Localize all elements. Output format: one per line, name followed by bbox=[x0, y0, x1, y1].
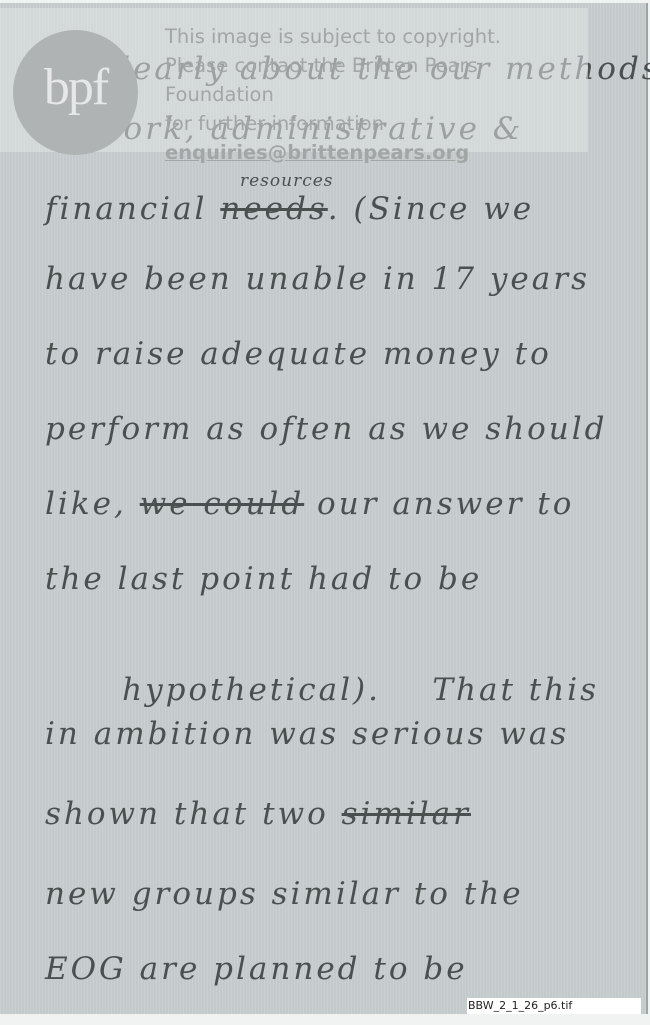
letter-paper: us clearly about the our methods of work… bbox=[0, 3, 648, 1014]
interlinear-insertion: resources bbox=[240, 171, 334, 191]
line-text: the last point had to be bbox=[45, 561, 482, 597]
struck-word: needs bbox=[220, 191, 327, 227]
watermark-email-link[interactable]: enquiries@brittenpears.org bbox=[165, 138, 588, 167]
manuscript-line-12: new groups similar to the bbox=[45, 876, 524, 912]
manuscript-line-11: shown that two similar bbox=[45, 796, 471, 832]
watermark-line-1: This image is subject to copyright. bbox=[165, 22, 588, 51]
manuscript-line-7: like, we could our answer to bbox=[45, 486, 574, 522]
line-text: in ambition was serious was bbox=[45, 716, 569, 752]
line-text-after: . (Since we bbox=[328, 191, 534, 227]
struck-word: similar bbox=[342, 796, 471, 832]
scanned-page: us clearly about the our methods of work… bbox=[0, 0, 650, 1025]
line-text: have been unable in 17 years bbox=[45, 261, 590, 297]
bpf-logo: bpf bbox=[13, 30, 138, 155]
manuscript-line-13: EOG are planned to be bbox=[45, 951, 468, 987]
line-text: like, bbox=[45, 486, 127, 522]
line-text: financial bbox=[45, 191, 207, 227]
line-text-after: our answer to bbox=[304, 486, 574, 522]
struck-word: we could bbox=[140, 486, 304, 522]
watermark-line-2: Please contact the Britten Pears Foundat… bbox=[165, 51, 588, 109]
line-text: hypothetical). That this bbox=[122, 672, 599, 708]
manuscript-line-10: in ambition was serious was bbox=[45, 716, 569, 752]
manuscript-line-3: financial needs. (Since we bbox=[45, 191, 534, 227]
line-text: new groups similar to the bbox=[45, 876, 524, 912]
bpf-logo-text: bpf bbox=[13, 58, 138, 117]
manuscript-line-8: the last point had to be bbox=[45, 561, 482, 597]
line-text: EOG are planned to be bbox=[45, 951, 468, 987]
manuscript-line-4: have been unable in 17 years bbox=[45, 261, 590, 297]
watermark-line-3: for further information bbox=[165, 109, 588, 138]
line-text: to raise adequate money to bbox=[45, 336, 552, 372]
line-text: shown that two bbox=[45, 796, 329, 832]
line-text: perform as often as we should bbox=[45, 411, 607, 447]
filename-label: BBW_2_1_26_p6.tif bbox=[467, 998, 641, 1014]
manuscript-line-6: perform as often as we should bbox=[45, 411, 607, 447]
watermark-text: This image is subject to copyright. Plea… bbox=[165, 22, 588, 167]
manuscript-line-5: to raise adequate money to bbox=[45, 336, 552, 372]
copyright-watermark: bpf This image is subject to copyright. … bbox=[0, 8, 588, 152]
